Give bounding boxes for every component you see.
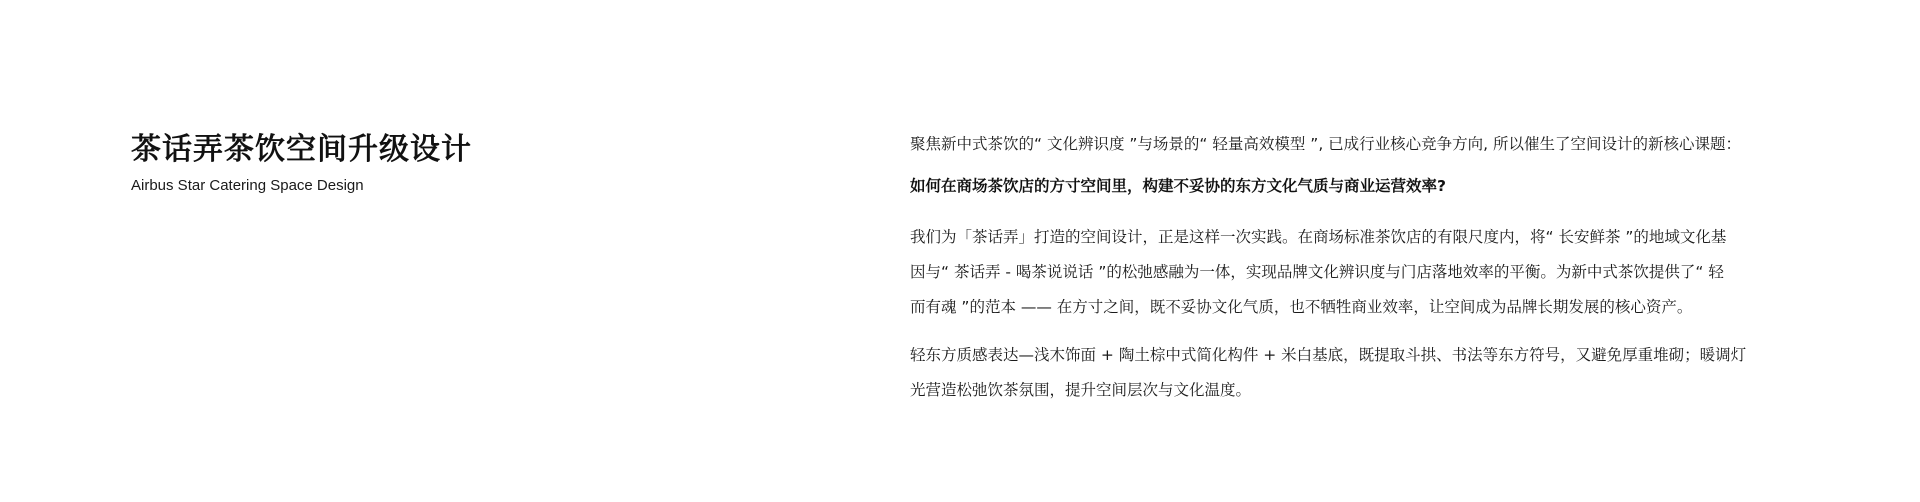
page-title: 茶话弄茶饮空间升级设计 bbox=[131, 130, 472, 170]
paragraph-practice: 我们为「茶话弄」打造的空间设计，正是这样一次实践。在商场标准茶饮店的有限尺度内，… bbox=[910, 220, 1815, 325]
description-block: 聚焦新中式茶饮的“ 文化辨识度 ”与场景的“ 轻量高效模型 ”, 已成行业核心竞… bbox=[910, 132, 1815, 408]
core-question: 如何在商场茶饮店的方寸空间里，构建不妥协的东方文化气质与商业运营效率? bbox=[910, 174, 1815, 198]
paragraph-line: 我们为「茶话弄」打造的空间设计，正是这样一次实践。在商场标准茶饮店的有限尺度内，… bbox=[910, 220, 1815, 255]
title-block: 茶话弄茶饮空间升级设计 Airbus Star Catering Space D… bbox=[131, 130, 472, 196]
intro-text: 聚焦新中式茶饮的“ 文化辨识度 ”与场景的“ 轻量高效模型 ”, 已成行业核心竞… bbox=[910, 132, 1815, 156]
paragraph-style: 轻东方质感表达—浅木饰面 + 陶土棕中式简化构件 + 米白基底，既提取斗拱、书法… bbox=[910, 338, 1815, 408]
page-subtitle: Airbus Star Catering Space Design bbox=[131, 176, 472, 196]
paragraph-line: 而有魂 ”的范本 —— 在方寸之间，既不妥协文化气质，也不牺牲商业效率，让空间成… bbox=[910, 290, 1815, 325]
paragraph-line: 轻东方质感表达—浅木饰面 + 陶土棕中式简化构件 + 米白基底，既提取斗拱、书法… bbox=[910, 338, 1815, 373]
paragraph-line: 光营造松弛饮茶氛围，提升空间层次与文化温度。 bbox=[910, 373, 1815, 408]
paragraph-line: 因与“ 茶话弄 - 喝茶说说话 ”的松弛感融为一体，实现品牌文化辨识度与门店落地… bbox=[910, 255, 1815, 290]
